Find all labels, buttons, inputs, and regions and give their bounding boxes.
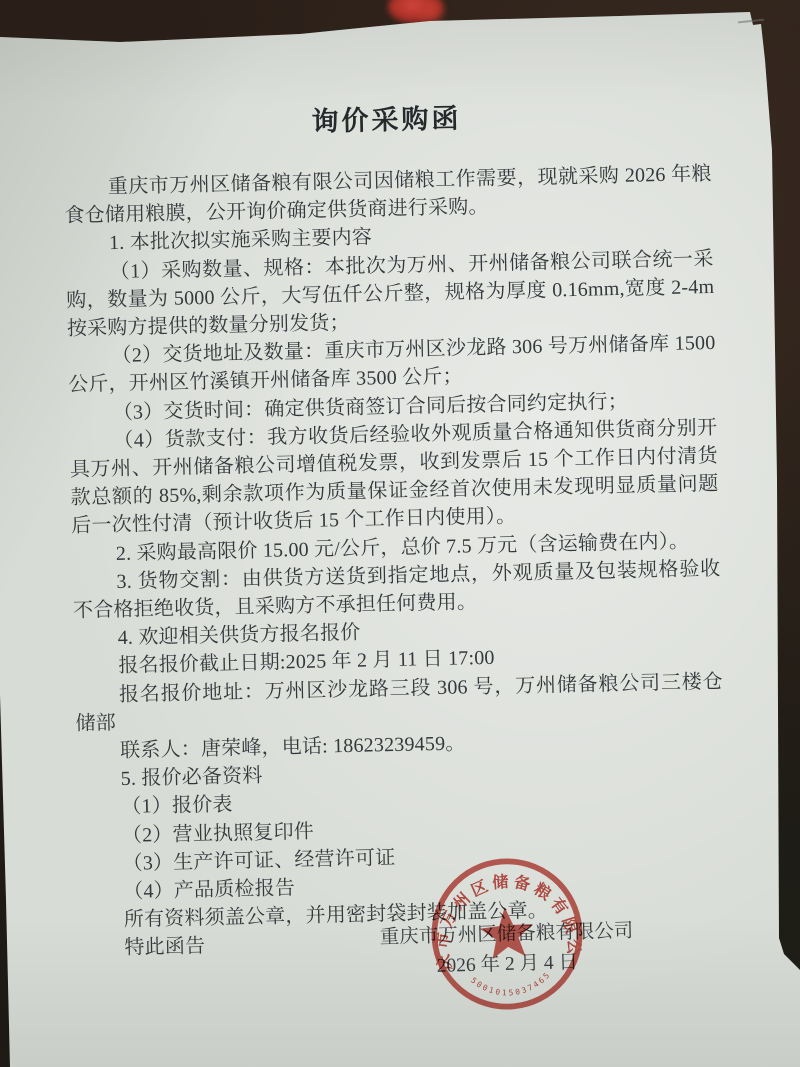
document-body: 询价采购函 重庆市万州区储备粮有限公司因储粮工作需要，现就采购 2026 年粮食… (62, 91, 729, 964)
document-paragraph: （4）货款支付：我方收货后经验收外观质量合格通知供货商分别开具万州、开州储备粮公… (69, 414, 719, 541)
company-round-seal: 重庆市万州区储备粮有限公司 5001015037465 (417, 844, 597, 1024)
document-paragraph: （1）采购数量、规格：本批次为万州、开州储备粮公司联合统一采购，数量为 5000… (65, 245, 715, 344)
seal-star-icon (478, 905, 536, 960)
document-paragraphs: 重庆市万州区储备粮有限公司因储粮工作需要，现就采购 2026 年粮食仓储用粮膜，… (64, 160, 729, 964)
